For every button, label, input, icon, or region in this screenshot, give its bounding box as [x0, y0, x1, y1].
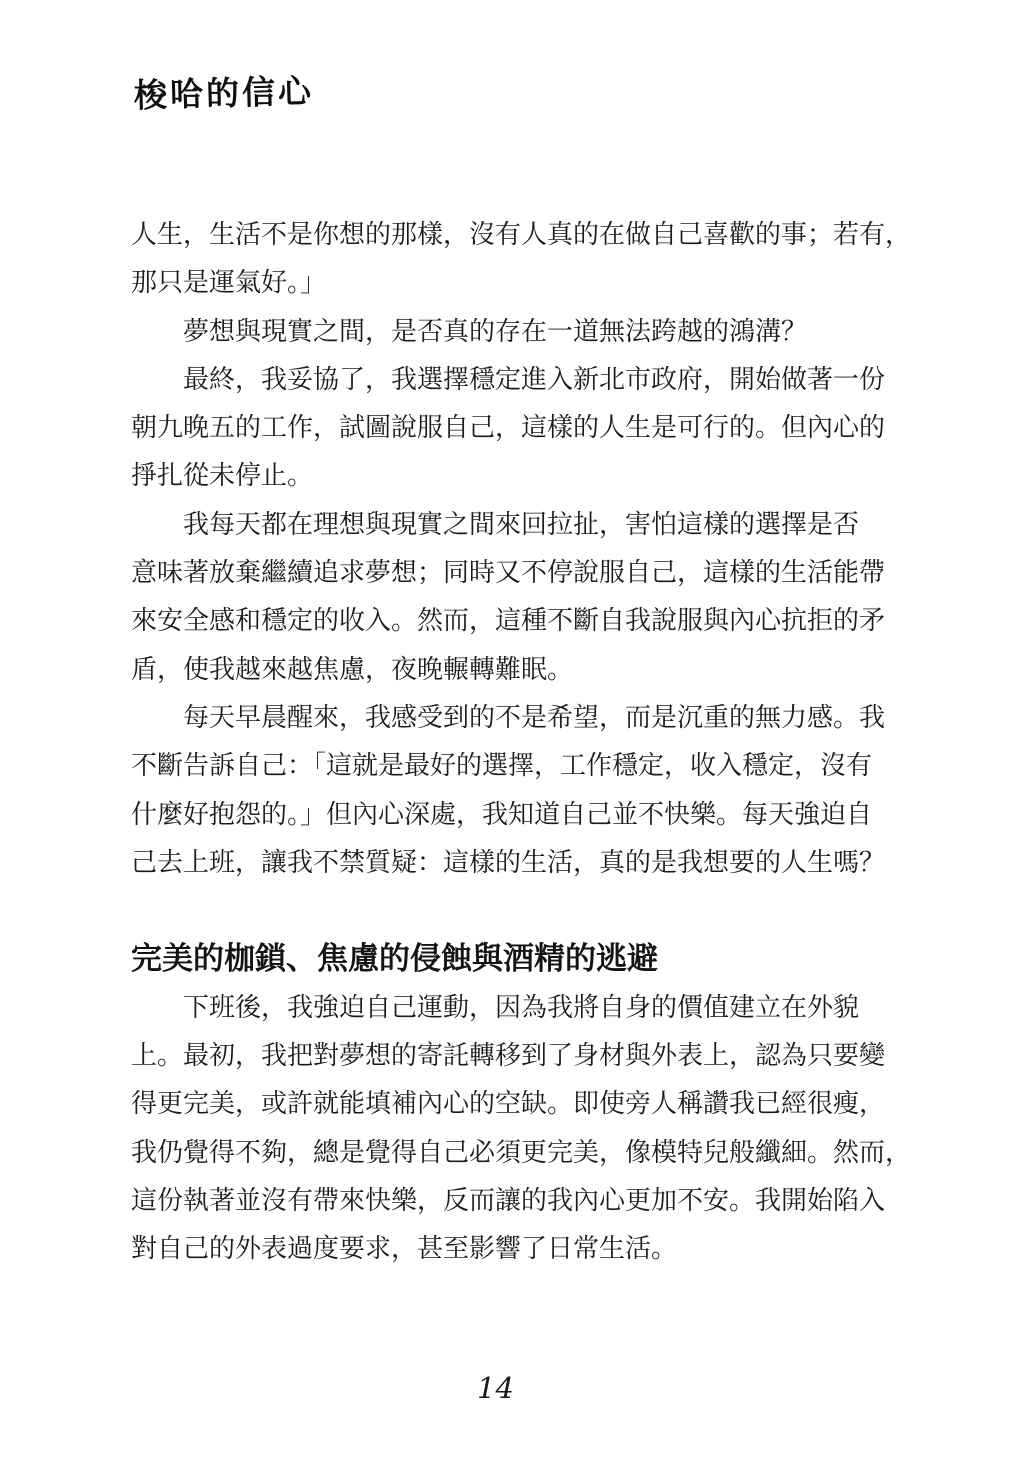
text-line: 夢想與現實之間，是否真的存在一道無法跨越的鴻溝？: [131, 308, 860, 356]
text-line: 來安全感和穩定的收入。然而，這種不斷自我說服與內心抗拒的矛: [131, 597, 860, 645]
blank-line: [131, 887, 860, 935]
text-line: 最終，我妥協了，我選擇穩定進入新北市政府，開始做著一份: [131, 356, 860, 404]
text-line: 我每天都在理想與現實之間來回拉扯，害怕這樣的選擇是否: [131, 501, 860, 549]
text-line: 下班後，我強迫自己運動，因為我將自身的價值建立在外貌: [131, 984, 860, 1032]
book-title-calligraphy: 梭哈的信心: [133, 65, 314, 117]
text-line: 得更完美，或許就能填補內心的空缺。即使旁人稱讚我已經很瘦，: [131, 1080, 860, 1128]
text-line: 意味著放棄繼續追求夢想；同時又不停說服自己，這樣的生活能帶: [131, 549, 860, 597]
text-line: 己去上班，讓我不禁質疑：這樣的生活，真的是我想要的人生嗎？: [131, 839, 860, 887]
text-line: 這份執著並沒有帶來快樂，反而讓的我內心更加不安。我開始陷入: [131, 1177, 860, 1225]
text-line: 掙扎從未停止。: [131, 452, 860, 500]
page-number: 14: [131, 1371, 860, 1405]
text-line: 什麼好抱怨的。」但內心深處，我知道自己並不快樂。每天強迫自: [131, 791, 860, 839]
text-line: 對自己的外表過度要求，甚至影響了日常生活。: [131, 1225, 860, 1273]
text-line: 上。最初，我把對夢想的寄託轉移到了身材與外表上，認為只要變: [131, 1032, 860, 1080]
text-line: 我仍覺得不夠，總是覺得自己必須更完美，像模特兒般纖細。然而，: [131, 1129, 860, 1177]
book-page: 梭哈的信心 人生，生活不是你想的那樣，沒有人真的在做自己喜歡的事；若有， 那只是…: [0, 0, 1024, 1475]
text-line: 每天早晨醒來，我感受到的不是希望，而是沉重的無力感。我: [131, 694, 860, 742]
text-line: 那只是運氣好。」: [131, 259, 860, 307]
text-line: 不斷告訴自己：「這就是最好的選擇，工作穩定，收入穩定，沒有: [131, 742, 860, 790]
text-line: 人生，生活不是你想的那樣，沒有人真的在做自己喜歡的事；若有，: [131, 211, 860, 259]
body-text: 人生，生活不是你想的那樣，沒有人真的在做自己喜歡的事；若有， 那只是運氣好。」 …: [131, 211, 860, 1274]
text-line: 盾，使我越來越焦慮，夜晚輾轉難眠。: [131, 646, 860, 694]
section-heading: 完美的枷鎖、焦慮的侵蝕與酒精的逃避: [131, 935, 860, 983]
text-line: 朝九晚五的工作，試圖說服自己，這樣的人生是可行的。但內心的: [131, 404, 860, 452]
